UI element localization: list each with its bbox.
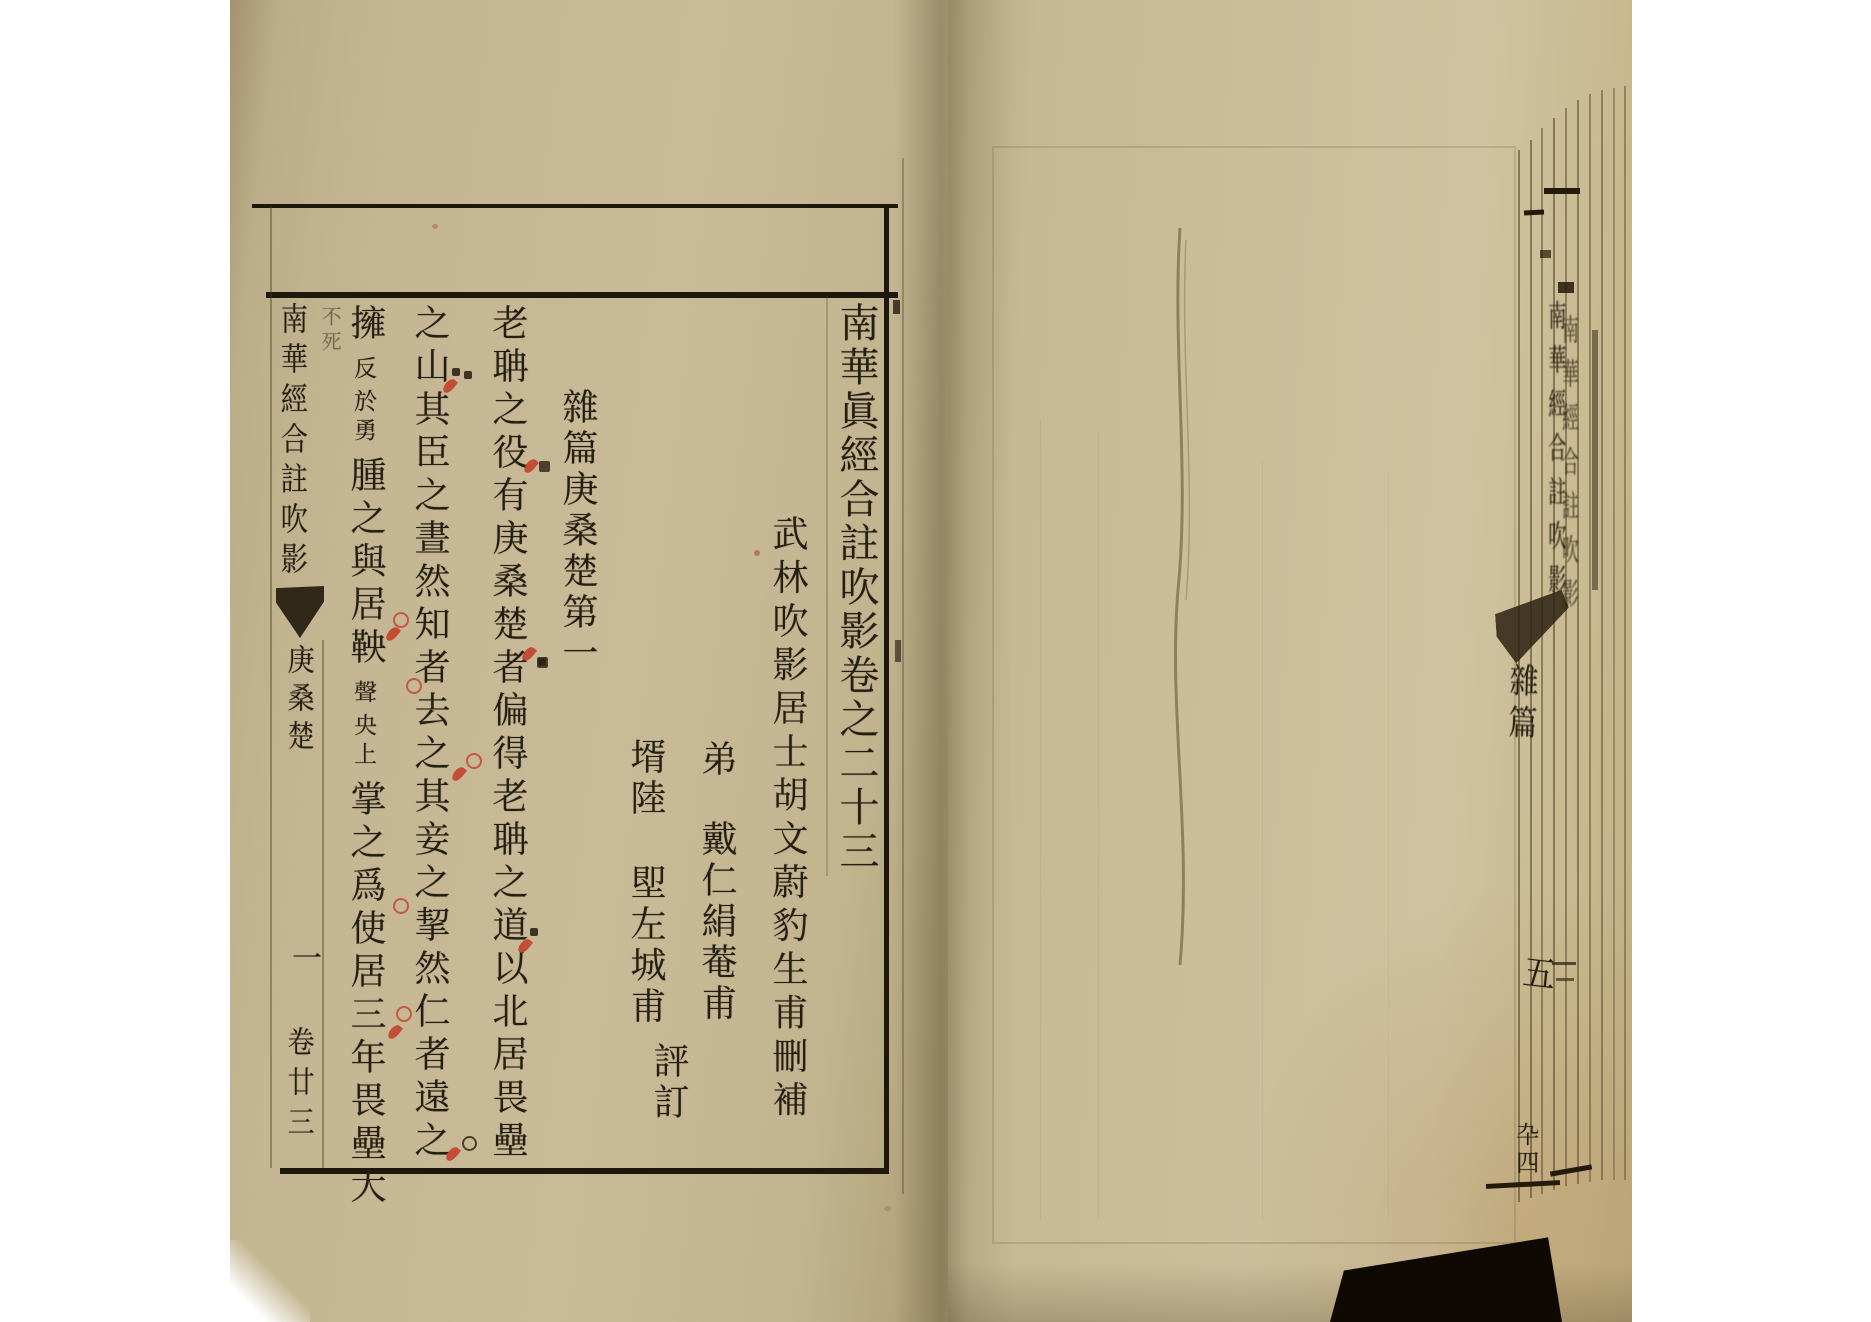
show-through-rule xyxy=(1262,460,1263,1220)
page-edge-line xyxy=(1601,90,1603,1180)
foxing-speck xyxy=(754,550,760,556)
volume-title-column: 南華眞經合註吹影卷之二十三 xyxy=(836,302,876,874)
page-number: 一 xyxy=(288,942,318,972)
foxing-speck xyxy=(884,1206,891,1211)
text-column-3: 擁於勇反腫之與居鞅央上聲掌之爲使居三年畏壘大 xyxy=(347,304,383,1210)
brother-name: 戴仁絹菴甫 xyxy=(698,820,734,1025)
running-title-column: 南華經合註吹影 xyxy=(279,302,306,582)
ink-circle-mark xyxy=(462,1136,477,1151)
chapter-label: 庚桑楚 xyxy=(284,644,311,758)
page-edge-line xyxy=(1613,88,1615,1180)
page-edge-line xyxy=(1589,94,1591,1182)
edge-running-title-jumble: 南華經合註吹影 xyxy=(1560,314,1577,622)
vermilion-circle-mark xyxy=(406,678,422,694)
brother-prefix: 弟 xyxy=(698,740,734,776)
role-label: 評訂 xyxy=(650,1042,686,1124)
gloss-right-column: 於勇 xyxy=(351,389,374,447)
vermilion-circle-mark xyxy=(393,898,409,914)
ink-dot-mark xyxy=(530,928,538,936)
ink-dot-mark xyxy=(537,657,548,668)
text-run: 擁 xyxy=(345,304,386,347)
edge-frame-corner xyxy=(1524,209,1544,215)
volume-label: 卷廿三 xyxy=(284,1026,311,1146)
text-column-2: 之山其臣之晝然知者去之其妾之挈然仁者遠之 xyxy=(411,304,447,1164)
show-through-rule xyxy=(1040,420,1041,1220)
ink-blot xyxy=(893,300,900,314)
page-edge-line xyxy=(1565,108,1567,1186)
gloss-right-column: 央上 xyxy=(351,713,374,771)
page-edge-line xyxy=(1553,118,1555,1190)
edge-volume-label: 卆四 xyxy=(1514,1122,1537,1178)
editor-column: 武林吹影居士胡文蔚豹生甫刪補 xyxy=(769,515,805,1124)
edge-frame-corner xyxy=(1540,250,1551,258)
section-heading-column: 雜篇庚桑楚第一 xyxy=(559,388,595,675)
edge-stroke-fragment xyxy=(1552,962,1576,965)
foxing-speck xyxy=(432,224,438,229)
text-column-1: 老聃之役有庚桑楚者偏得老聃之道以北居畏壘 xyxy=(489,304,525,1164)
vermilion-circle-mark xyxy=(393,612,409,628)
marginal-fragment: 不死 xyxy=(320,306,340,356)
edge-ink-smear xyxy=(1592,330,1598,590)
edge-stroke-fragment xyxy=(1556,978,1574,981)
phonetic-gloss: 央上聲 xyxy=(351,680,374,771)
frame-right-line xyxy=(884,204,889,1174)
vermilion-circle-mark xyxy=(396,1006,412,1022)
page-edge-line xyxy=(1577,100,1579,1184)
edge-section-label: 雜篇 xyxy=(1505,662,1536,747)
gloss-left-column: 反 xyxy=(351,356,374,385)
page-edge-line xyxy=(1541,128,1543,1194)
ink-dot-mark xyxy=(539,461,550,472)
ink-dot-mark xyxy=(452,368,460,376)
show-through-frame xyxy=(992,146,1516,1244)
son-in-law-name: 堲左城甫 xyxy=(627,864,663,1028)
frame-top-outer-line xyxy=(252,204,898,208)
edge-frame-corner xyxy=(1558,282,1574,293)
ink-blot xyxy=(895,640,901,662)
show-through-rule xyxy=(1098,430,1099,1220)
book-scan: 南華經合註吹影 庚桑楚 一 卷廿三 不死 南華眞經合註吹影卷之二十三 武林吹影居… xyxy=(0,0,1871,1322)
crease-line xyxy=(1150,210,1230,990)
text-run: 腫之與居鞅 xyxy=(345,456,386,671)
frame-left-rule xyxy=(270,206,272,1168)
leaf-edge-line xyxy=(902,158,904,1194)
ink-dot-mark xyxy=(464,371,472,379)
page-edge-line xyxy=(1624,86,1626,1180)
gloss-left-column: 聲 xyxy=(351,680,374,709)
phonetic-gloss: 於勇反 xyxy=(351,356,374,447)
edge-page-number: 五 xyxy=(1518,952,1554,992)
vermilion-circle-mark xyxy=(466,753,482,769)
son-in-law-prefix: 壻陸 xyxy=(627,738,663,820)
edge-frame-corner xyxy=(1544,188,1580,194)
column-rule-left xyxy=(322,640,324,1168)
text-run: 掌之爲使居三年畏壘大 xyxy=(345,780,386,1210)
left-page-corner xyxy=(230,1240,310,1322)
show-through-rule xyxy=(1388,470,1389,1220)
frame-top-line xyxy=(266,292,898,298)
column-rule-title xyxy=(826,296,828,876)
